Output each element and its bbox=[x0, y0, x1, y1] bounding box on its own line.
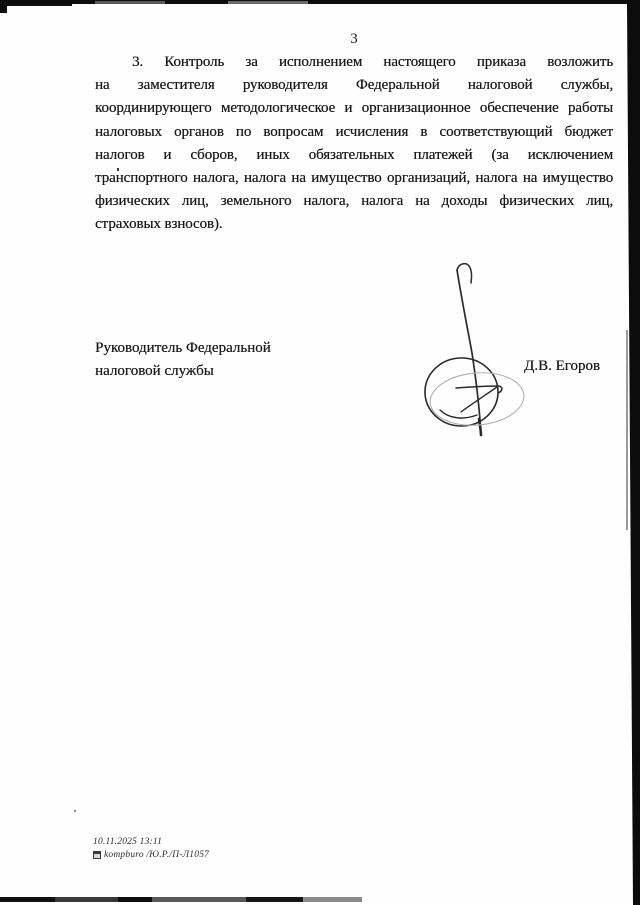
scan-edge-top-gray bbox=[95, 1, 165, 4]
signatory-title-line: Руководитель Федеральной bbox=[95, 337, 271, 360]
paragraph-line: 3. Контроль за исполнением настоящего пр… bbox=[95, 51, 613, 74]
stamp-code-row: kompburo /Ю.Р./П-Л1057 bbox=[93, 849, 209, 862]
paragraph-line: координирующего методологическое и орган… bbox=[95, 97, 613, 120]
signature-scribble bbox=[417, 261, 532, 441]
scan-edge-right-fringe bbox=[626, 330, 628, 530]
paragraph-line: налоговых органов по вопросам исчисления… bbox=[95, 121, 613, 144]
paragraph-line: страховых взносов). bbox=[95, 213, 613, 236]
scan-edge-bottom-segment bbox=[0, 897, 55, 902]
paragraph-line: налогов и сборов, иных обязательных плат… bbox=[95, 144, 613, 167]
paragraph-line: транспортного налога, налога на имуществ… bbox=[95, 167, 613, 190]
scan-edge-bottom-segment bbox=[303, 897, 362, 902]
paragraph-line: на заместителя руководителя Федеральной … bbox=[95, 74, 613, 97]
signatory-title: Руководитель Федеральной налоговой служб… bbox=[95, 337, 271, 382]
scan-edge-right bbox=[626, 0, 640, 905]
scan-edge-bottom-segment bbox=[55, 897, 118, 902]
signatory-name: Д.В. Егоров bbox=[524, 358, 600, 375]
scan-edge-bottom bbox=[0, 897, 362, 902]
paragraph-line: физических лиц, земельного налога, налог… bbox=[95, 190, 613, 213]
stamp-code: kompburo /Ю.Р./П-Л1057 bbox=[104, 849, 209, 862]
page-number: 3 bbox=[95, 31, 613, 48]
order-paragraph: 3. Контроль за исполнением настоящего пр… bbox=[95, 51, 613, 237]
scan-edge-bottom-segment bbox=[118, 897, 152, 902]
scanned-order-page: { "document": { "page_number": "3", "par… bbox=[0, 0, 640, 905]
print-stamp: 10.11.2025 13:11 kompburo /Ю.Р./П-Л1057 bbox=[93, 836, 209, 861]
signatory-title-line: налоговой службы bbox=[95, 360, 271, 383]
scan-edge-top-left bbox=[0, 0, 72, 6]
stamp-datetime: 10.11.2025 13:11 bbox=[93, 836, 209, 849]
scan-edge-top-gray bbox=[228, 1, 308, 4]
scan-edge-bottom-segment bbox=[152, 897, 246, 902]
scan-speck bbox=[74, 810, 76, 812]
scan-corner-mark bbox=[0, 0, 7, 13]
scan-edge-bottom-segment bbox=[246, 897, 303, 902]
stamp-icon bbox=[93, 851, 101, 859]
